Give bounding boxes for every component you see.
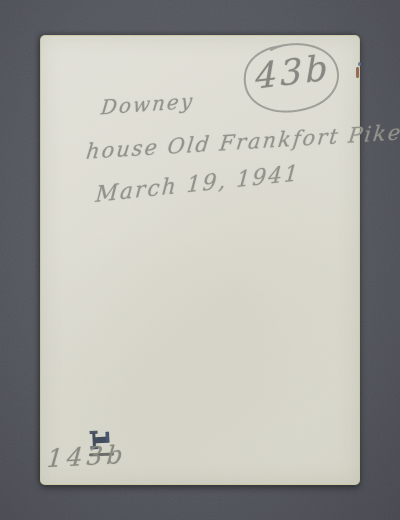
edge-ink-mark bbox=[356, 67, 359, 78]
handwriting-line-1: Downey bbox=[100, 89, 196, 120]
handwriting-line-3: March 19, 1941 bbox=[95, 161, 301, 208]
photo-backdrop: 43b Downey house Old Frankfort Pike Marc… bbox=[0, 0, 400, 520]
handwriting-line-2: house Old Frankfort Pike bbox=[85, 120, 400, 164]
catalog-number: 143b bbox=[46, 440, 128, 473]
photo-card-verso: 43b Downey house Old Frankfort Pike Marc… bbox=[40, 35, 360, 485]
edge-ink-dot bbox=[358, 62, 361, 66]
